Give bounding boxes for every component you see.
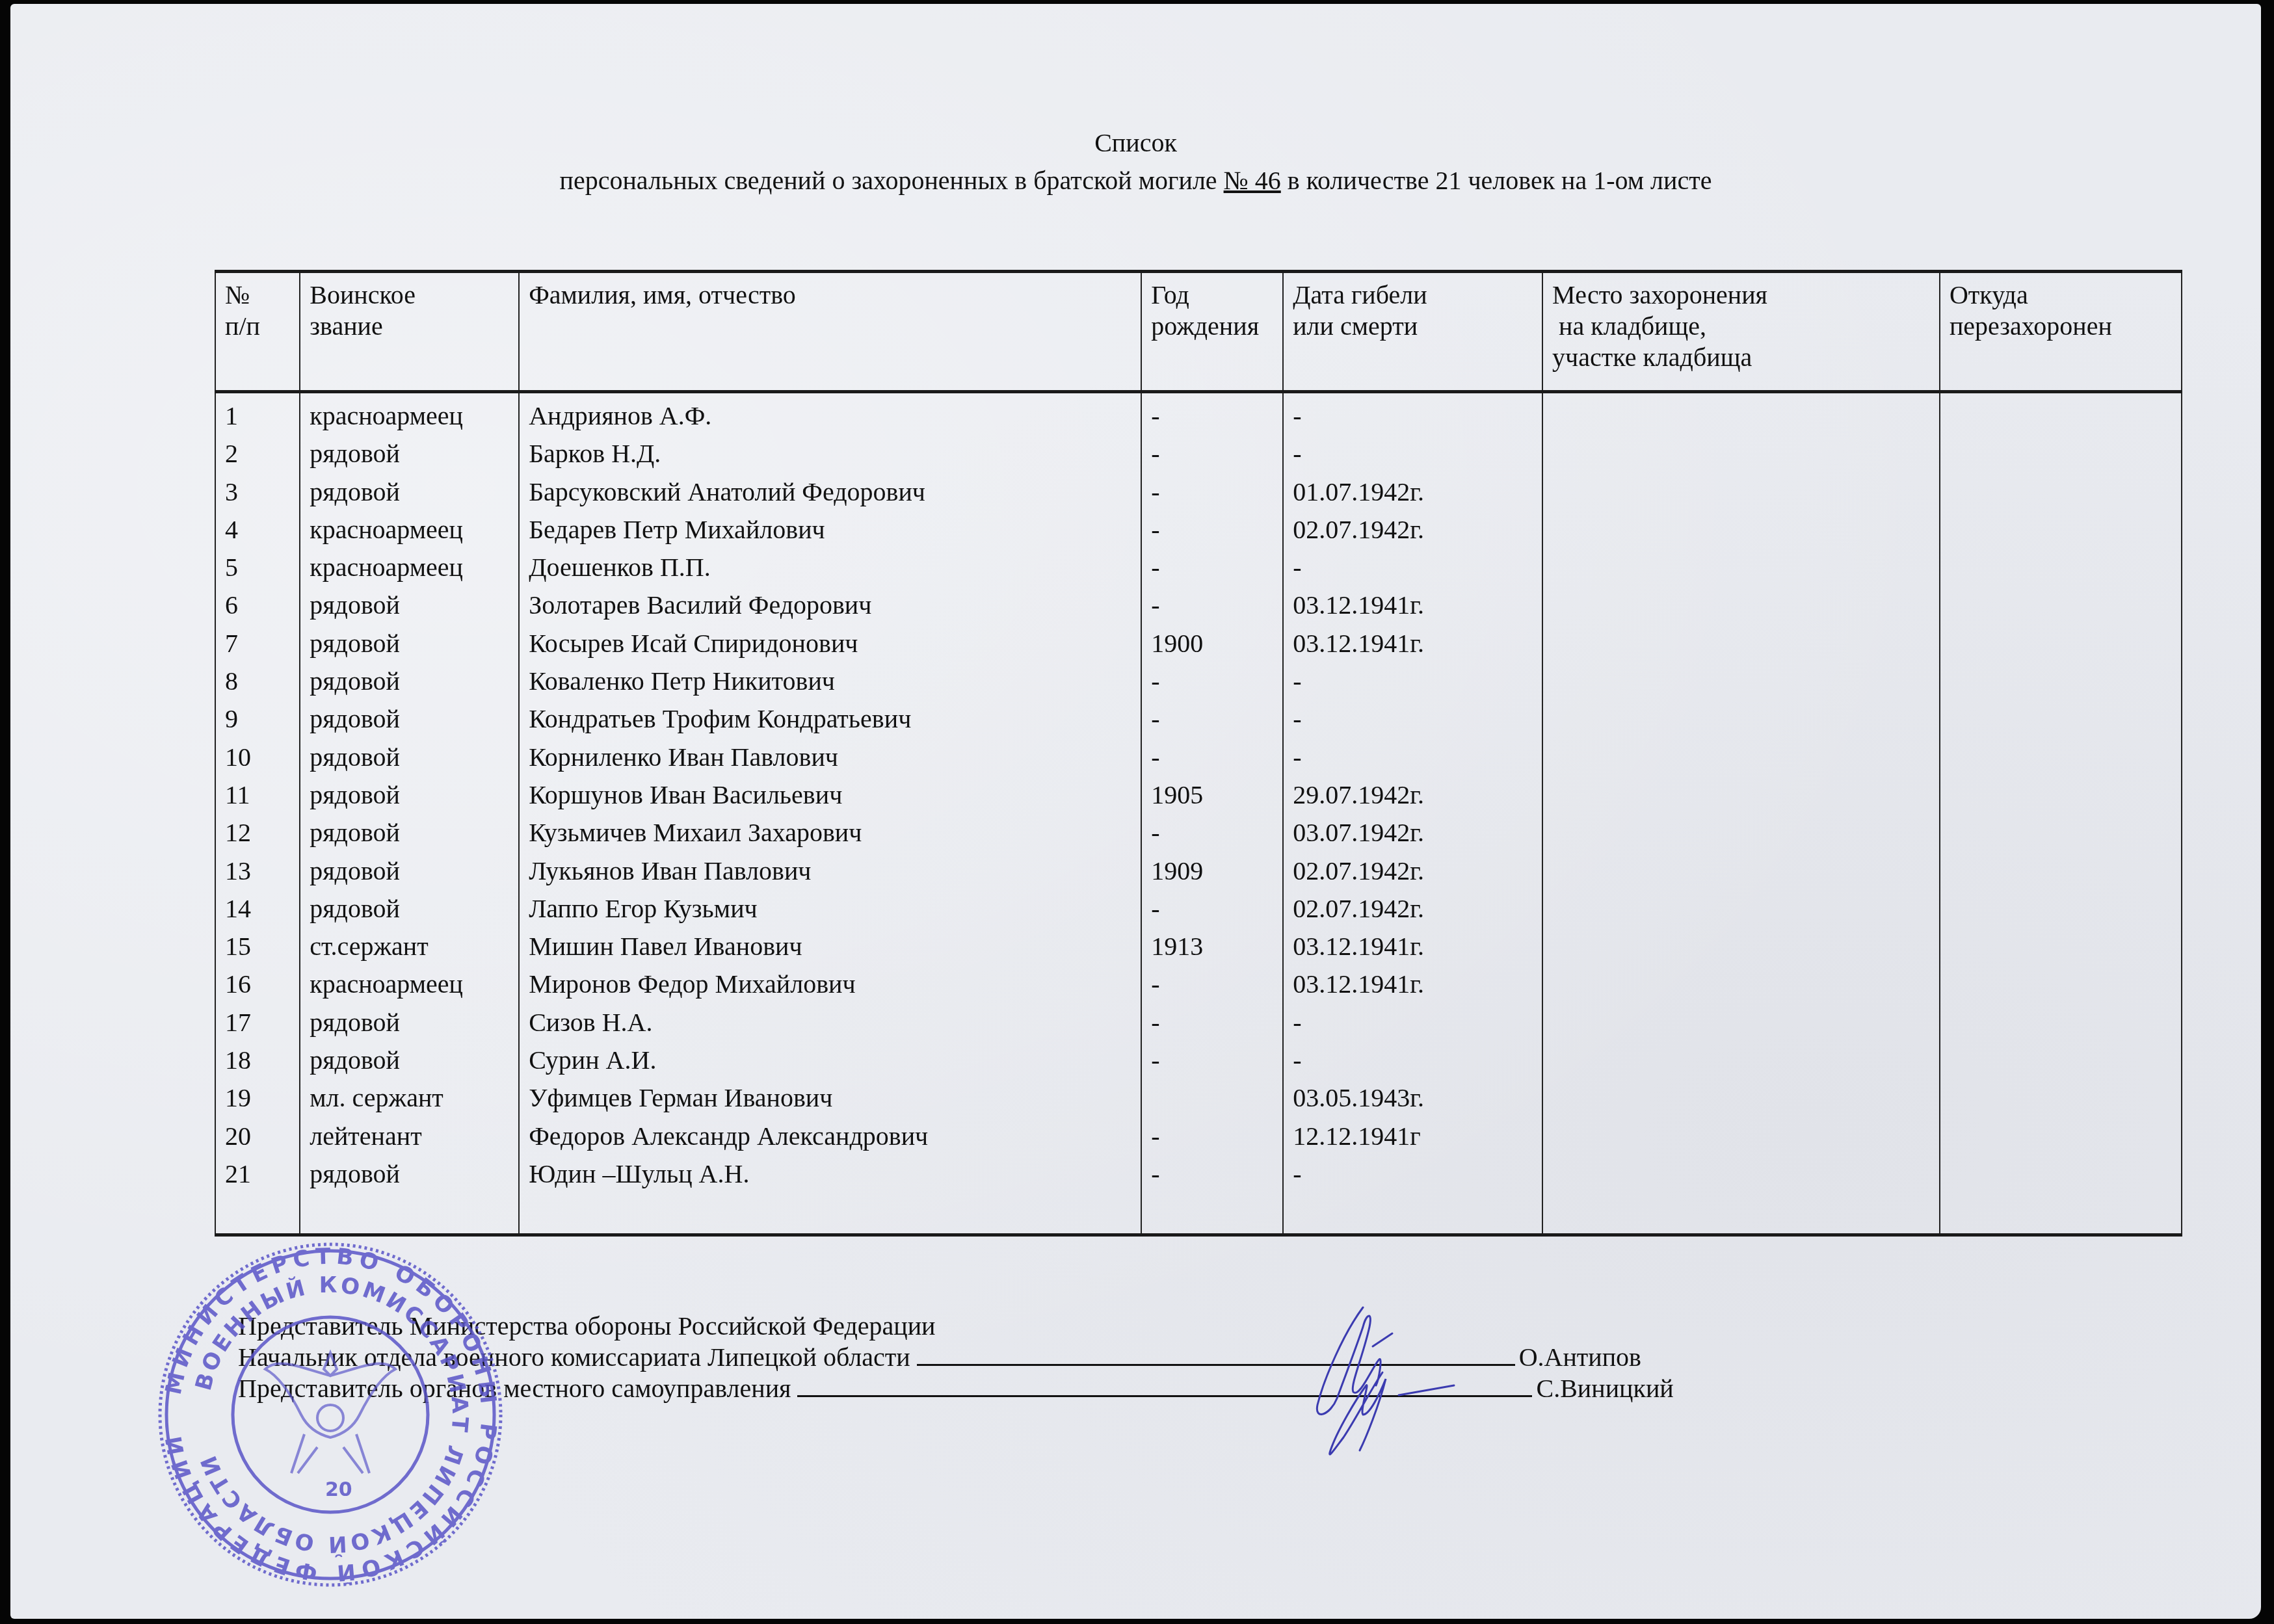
cell-death-date: -	[1283, 392, 1542, 436]
cell-death-date: -	[1283, 1041, 1542, 1079]
cell-death-date: 03.12.1941г.	[1283, 928, 1542, 965]
cell-num: 16	[215, 965, 300, 1003]
cell-rank: рядовой	[300, 1155, 519, 1193]
cell-rank: рядовой	[300, 662, 519, 700]
cell-birth-year: -	[1141, 890, 1283, 928]
cell-name: Коршунов Иван Васильевич	[519, 776, 1141, 814]
cell-death-date: 03.05.1943г.	[1283, 1079, 1542, 1117]
cell-death-date: 02.07.1942г.	[1283, 852, 1542, 890]
cell-birth-year: -	[1141, 662, 1283, 700]
burial-list-table: №п/п Воинскоезвание Фамилия, имя, отчест…	[215, 270, 2182, 1237]
cell-birth-year: -	[1141, 1155, 1283, 1193]
cell-name: Юдин –Шульц А.Н.	[519, 1155, 1141, 1193]
cell-rank: рядовой	[300, 435, 519, 473]
cell-name: Коваленко Петр Никитович	[519, 662, 1141, 700]
cell-rank: красноармеец	[300, 965, 519, 1003]
cell-death-date: 03.07.1942г.	[1283, 814, 1542, 852]
cell-death-date: -	[1283, 739, 1542, 776]
cell-rank: рядовой	[300, 1004, 519, 1041]
header-line: п/п	[225, 311, 299, 342]
cell-name: Кондратьев Трофим Кондратьевич	[519, 700, 1141, 738]
header-rank: Воинскоезвание	[300, 272, 519, 392]
double-headed-eagle-emblem-icon	[265, 1353, 395, 1473]
cell-rank: рядовой	[300, 890, 519, 928]
cell-num: 13	[215, 852, 300, 890]
cell-num: 4	[215, 511, 300, 549]
cell-num: 12	[215, 814, 300, 852]
cell-num: 5	[215, 549, 300, 586]
cell-name: Сурин А.И.	[519, 1041, 1141, 1079]
cell-num: 1	[215, 392, 300, 436]
header-line: на кладбище,	[1552, 311, 1939, 342]
cell-name: Уфимцев Герман Иванович	[519, 1079, 1141, 1117]
cell-death-date: 03.12.1941г.	[1283, 586, 1542, 624]
cell-rank: рядовой	[300, 625, 519, 662]
cell-num: 15	[215, 928, 300, 965]
cell-num: 2	[215, 435, 300, 473]
empty-cell	[215, 1193, 300, 1235]
header-line: звание	[310, 311, 518, 342]
empty-cell	[519, 1193, 1141, 1235]
cell-name: Миронов Федор Михайлович	[519, 965, 1141, 1003]
cell-num: 8	[215, 662, 300, 700]
cell-death-date: 29.07.1942г.	[1283, 776, 1542, 814]
cell-name: Федоров Александр Александрович	[519, 1118, 1141, 1155]
cell-name: Сизов Н.А.	[519, 1004, 1141, 1041]
cell-rank: рядовой	[300, 1041, 519, 1079]
cell-name: Барков Н.Д.	[519, 435, 1141, 473]
cell-rank: рядовой	[300, 814, 519, 852]
cell-birth-year: -	[1141, 739, 1283, 776]
cell-num: 7	[215, 625, 300, 662]
cell-death-date: 03.12.1941г.	[1283, 965, 1542, 1003]
cell-name: Косырев Исай Спиридонович	[519, 625, 1141, 662]
cell-birth-year: -	[1141, 473, 1283, 511]
cell-name: Бедарев Петр Михайлович	[519, 511, 1141, 549]
cell-birth-year: -	[1141, 965, 1283, 1003]
header-burial-place: Место захоронения на кладбище,участке кл…	[1542, 272, 1940, 392]
cell-rank: мл. сержант	[300, 1079, 519, 1117]
cell-death-date: -	[1283, 549, 1542, 586]
handwritten-signature-icon	[1285, 1294, 1500, 1470]
commissariat-head-name: О.Антипов	[1519, 1342, 1641, 1373]
cell-rank: рядовой	[300, 852, 519, 890]
cell-death-date: -	[1283, 1155, 1542, 1193]
header-reburied-from: Откудаперезахоронен	[1940, 272, 2182, 392]
cell-num: 6	[215, 586, 300, 624]
cell-birth-year: -	[1141, 1118, 1283, 1155]
header-line: Место захоронения	[1552, 280, 1939, 311]
cell-rank: рядовой	[300, 700, 519, 738]
cell-rank: рядовой	[300, 739, 519, 776]
cell-rank: лейтенант	[300, 1118, 519, 1155]
cell-death-date: -	[1283, 1004, 1542, 1041]
cell-birth-year: -	[1141, 1004, 1283, 1041]
cell-num: 18	[215, 1041, 300, 1079]
subtitle-text-after: в количестве 21 человек на 1-ом листе	[1281, 166, 1712, 195]
table-row: 1красноармеецАндриянов А.Ф.--	[215, 392, 2182, 436]
cell-reburied-from	[1940, 392, 2182, 1235]
cell-name: Лукьянов Иван Павлович	[519, 852, 1141, 890]
cell-rank: красноармеец	[300, 392, 519, 436]
cell-death-date: 01.07.1942г.	[1283, 473, 1542, 511]
empty-cell	[1283, 1193, 1542, 1235]
cell-birth-year: -	[1141, 1041, 1283, 1079]
cell-rank: рядовой	[300, 586, 519, 624]
empty-cell	[300, 1193, 519, 1235]
table-header-row: №п/п Воинскоезвание Фамилия, имя, отчест…	[215, 272, 2182, 392]
document-page: Список персональных сведений о захоронен…	[10, 4, 2261, 1619]
header-line: Воинское	[310, 280, 518, 311]
cell-num: 11	[215, 776, 300, 814]
cell-birth-year: -	[1141, 435, 1283, 473]
cell-name: Кузьмичев Михаил Захарович	[519, 814, 1141, 852]
cell-num: 21	[215, 1155, 300, 1193]
header-line: рождения	[1151, 311, 1282, 342]
header-line: Откуда	[1950, 280, 2181, 311]
cell-birth-year: 1913	[1141, 928, 1283, 965]
official-seal-stamp-icon: МИНИСТЕРСТВО ОБОРОНЫ РОССИЙСКОЙ ФЕДЕРАЦИ…	[155, 1239, 506, 1590]
cell-rank: ст.сержант	[300, 928, 519, 965]
grave-number: № 46	[1224, 166, 1281, 195]
cell-rank: рядовой	[300, 473, 519, 511]
cell-rank: рядовой	[300, 776, 519, 814]
empty-cell	[1141, 1193, 1283, 1235]
cell-name: Золотарев Василий Федорович	[519, 586, 1141, 624]
cell-death-date: 03.12.1941г.	[1283, 625, 1542, 662]
header-line: перезахоронен	[1950, 311, 2181, 342]
header-birth-year: Годрождения	[1141, 272, 1283, 392]
cell-birth-year: -	[1141, 814, 1283, 852]
cell-death-date: -	[1283, 700, 1542, 738]
header-death-date: Дата гибелиили смерти	[1283, 272, 1542, 392]
local-government-name: С.Виницкий	[1536, 1373, 1673, 1404]
cell-name: Доешенков П.П.	[519, 549, 1141, 586]
cell-birth-year: -	[1141, 549, 1283, 586]
cell-name: Барсуковский Анатолий Федорович	[519, 473, 1141, 511]
cell-name: Андриянов А.Ф.	[519, 392, 1141, 436]
cell-num: 3	[215, 473, 300, 511]
cell-rank: красноармеец	[300, 511, 519, 549]
header-line: №	[225, 280, 299, 311]
header-line: Дата гибели	[1293, 280, 1542, 311]
cell-death-date: -	[1283, 435, 1542, 473]
cell-burial-place	[1542, 392, 1940, 1235]
stamp-number: 20	[325, 1478, 352, 1501]
document-title: Список	[10, 127, 2261, 159]
header-line: участке кладбища	[1552, 342, 1939, 373]
header-line: Фамилия, имя, отчество	[529, 280, 1141, 311]
cell-name: Корниленко Иван Павлович	[519, 739, 1141, 776]
cell-num: 17	[215, 1004, 300, 1041]
cell-num: 9	[215, 700, 300, 738]
cell-num: 10	[215, 739, 300, 776]
cell-num: 14	[215, 890, 300, 928]
cell-death-date: -	[1283, 662, 1542, 700]
cell-rank: красноармеец	[300, 549, 519, 586]
cell-birth-year	[1141, 1079, 1283, 1117]
cell-death-date: 12.12.1941г	[1283, 1118, 1542, 1155]
cell-birth-year: -	[1141, 586, 1283, 624]
cell-birth-year: 1909	[1141, 852, 1283, 890]
cell-birth-year: -	[1141, 700, 1283, 738]
cell-birth-year: -	[1141, 511, 1283, 549]
cell-birth-year: -	[1141, 392, 1283, 436]
document-subtitle: персональных сведений о захороненных в б…	[10, 165, 2261, 196]
header-name: Фамилия, имя, отчество	[519, 272, 1141, 392]
cell-death-date: 02.07.1942г.	[1283, 890, 1542, 928]
cell-birth-year: 1905	[1141, 776, 1283, 814]
cell-name: Мишин Павел Иванович	[519, 928, 1141, 965]
cell-name: Лаппо Егор Кузьмич	[519, 890, 1141, 928]
cell-num: 19	[215, 1079, 300, 1117]
cell-death-date: 02.07.1942г.	[1283, 511, 1542, 549]
cell-num: 20	[215, 1118, 300, 1155]
header-num: №п/п	[215, 272, 300, 392]
cell-birth-year: 1900	[1141, 625, 1283, 662]
header-line: или смерти	[1293, 311, 1542, 342]
header-line: Год	[1151, 280, 1282, 311]
subtitle-text-before: персональных сведений о захороненных в б…	[560, 166, 1224, 195]
